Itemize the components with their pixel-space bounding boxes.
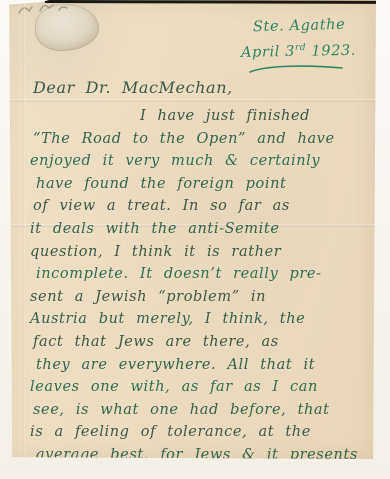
- handwritten-line: enjoyed it very much & certainly: [30, 150, 368, 173]
- letter-salutation: Dear Dr. MacMechan,: [33, 78, 233, 97]
- handwritten-line: question, I think it is rather: [30, 241, 368, 264]
- letter-paper: Ste. Agathe April 3rd 1923. Dear Dr. Mac…: [7, 0, 376, 459]
- fold-crease-vertical: [23, 0, 25, 459]
- handwritten-line: it deals with the anti-Semite: [30, 218, 368, 241]
- letter-body: I have just finished “The Road to the Op…: [30, 105, 368, 467]
- handwritten-line: Austria but merely, I think, the: [30, 308, 368, 331]
- handwritten-line: have found the foreign point: [36, 173, 368, 196]
- scanned-letter-page: Ste. Agathe April 3rd 1923. Dear Dr. Mac…: [0, 0, 390, 479]
- handwritten-line: of view a treat. In so far as: [33, 195, 368, 218]
- handwritten-line: I have just finished: [30, 105, 368, 128]
- handwritten-line: incomplete. It doesn’t really pre-: [36, 263, 368, 286]
- date-underline-flourish: [247, 63, 347, 75]
- handwritten-line: sent a Jewish “problem” in: [30, 286, 368, 309]
- handwritten-line: leaves one with, as far as I can: [30, 376, 368, 399]
- handwritten-line: is a feeling of tolerance, at the: [30, 421, 368, 444]
- fold-crease-horizontal: [7, 99, 376, 102]
- date-suffix: 1923.: [306, 43, 356, 60]
- letter-date: April 3rd 1923.: [241, 42, 356, 61]
- date-prefix: April 3: [241, 44, 295, 61]
- handwritten-line: they are everywhere. All that it: [36, 354, 368, 377]
- handwritten-line: see, is what one had before, that: [33, 399, 368, 422]
- scan-edge-shadow: [45, 0, 376, 4]
- letter-place: Ste. Agathe: [253, 17, 346, 35]
- handwritten-line: average best, for Jews & it presents: [36, 444, 368, 467]
- handwritten-line: fact that Jews are there, as: [33, 331, 368, 354]
- handwritten-line: “The Road to the Open” and have: [33, 128, 368, 151]
- date-ordinal-superscript: rd: [295, 43, 306, 53]
